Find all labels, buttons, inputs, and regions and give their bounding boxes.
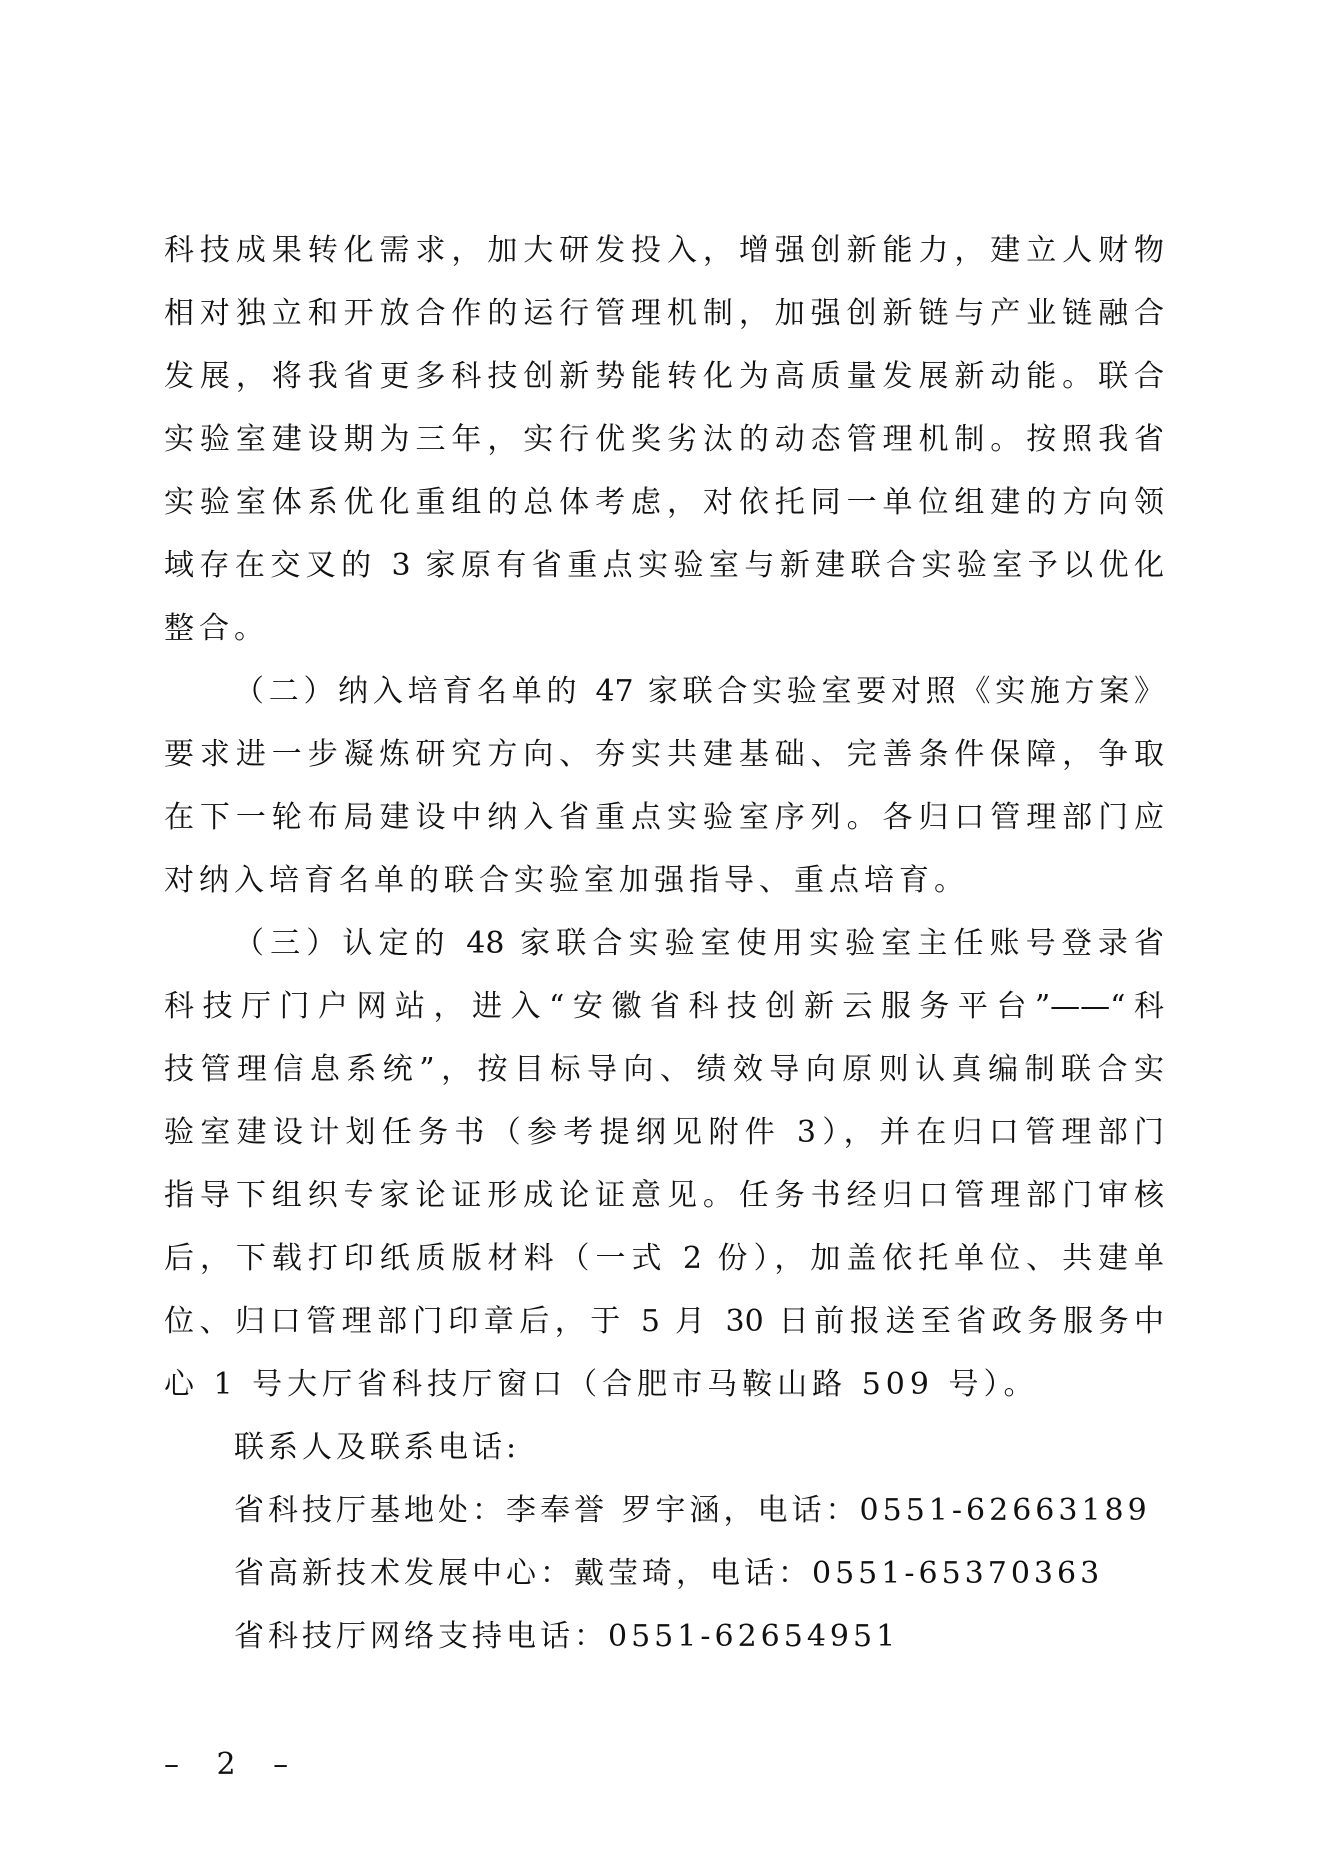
paragraph-1: 科技成果转化需求，加大研发投入，增强创新能力，建立人财物 相对独立和开放合作的运…	[164, 226, 1164, 667]
contact-item: 省高新技术发展中心：戴莹琦，电话：0551-65370363	[164, 1549, 1164, 1612]
text-line: 科技厅门户网站，进入“安徽省科技创新云服务平台”——“科	[164, 982, 1164, 1045]
text-line: 心 1 号大厅省科技厅窗口（合肥市马鞍山路 509 号）。	[164, 1360, 1164, 1423]
text-line: 对纳入培育名单的联合实验室加强指导、重点培育。	[164, 856, 1164, 919]
text-line: （三）认定的 48 家联合实验室使用实验室主任账号登录省	[164, 919, 1164, 982]
text-line: 在下一轮布局建设中纳入省重点实验室序列。各归口管理部门应	[164, 793, 1164, 856]
text-line: 域存在交叉的 3 家原有省重点实验室与新建联合实验室予以优化	[164, 541, 1164, 604]
text-line: 发展，将我省更多科技创新势能转化为高质量发展新动能。联合	[164, 352, 1164, 415]
text-line: 相对独立和开放合作的运行管理机制，加强创新链与产业链融合	[164, 289, 1164, 352]
contact-section: 联系人及联系电话: 省科技厅基地处：李奉誉 罗宇涵，电话：0551-626631…	[164, 1423, 1164, 1675]
paragraph-3: （三）认定的 48 家联合实验室使用实验室主任账号登录省 科技厅门户网站，进入“…	[164, 919, 1164, 1423]
contact-item: 省科技厅基地处：李奉誉 罗宇涵，电话：0551-62663189	[164, 1486, 1164, 1549]
text-line: 实验室建设期为三年，实行优奖劣汰的动态管理机制。按照我省	[164, 415, 1164, 478]
text-line: （二）纳入培育名单的 47 家联合实验室要对照《实施方案》	[164, 667, 1164, 730]
text-line: 验室建设计划任务书（参考提纲见附件 3），并在归口管理部门	[164, 1108, 1164, 1171]
text-line: 科技成果转化需求，加大研发投入，增强创新能力，建立人财物	[164, 226, 1164, 289]
contact-item: 省科技厅网络支持电话：0551-62654951	[164, 1612, 1164, 1675]
paragraph-2: （二）纳入培育名单的 47 家联合实验室要对照《实施方案》 要求进一步凝炼研究方…	[164, 667, 1164, 919]
text-line: 技管理信息系统”，按目标导向、绩效导向原则认真编制联合实	[164, 1045, 1164, 1108]
document-body: 科技成果转化需求，加大研发投入，增强创新能力，建立人财物 相对独立和开放合作的运…	[164, 226, 1164, 1675]
text-line: 整合。	[164, 604, 1164, 667]
text-line: 实验室体系优化重组的总体考虑，对依托同一单位组建的方向领	[164, 478, 1164, 541]
page-number: – 2 –	[164, 1745, 302, 1785]
contact-heading: 联系人及联系电话:	[164, 1423, 1164, 1486]
text-line: 要求进一步凝炼研究方向、夯实共建基础、完善条件保障，争取	[164, 730, 1164, 793]
text-line: 位、归口管理部门印章后，于 5 月 30 日前报送至省政务服务中	[164, 1297, 1164, 1360]
text-line: 指导下组织专家论证形成论证意见。任务书经归口管理部门审核	[164, 1171, 1164, 1234]
text-line: 后，下载打印纸质版材料（一式 2 份），加盖依托单位、共建单	[164, 1234, 1164, 1297]
document-page: 科技成果转化需求，加大研发投入，增强创新能力，建立人财物 相对独立和开放合作的运…	[0, 0, 1323, 1871]
